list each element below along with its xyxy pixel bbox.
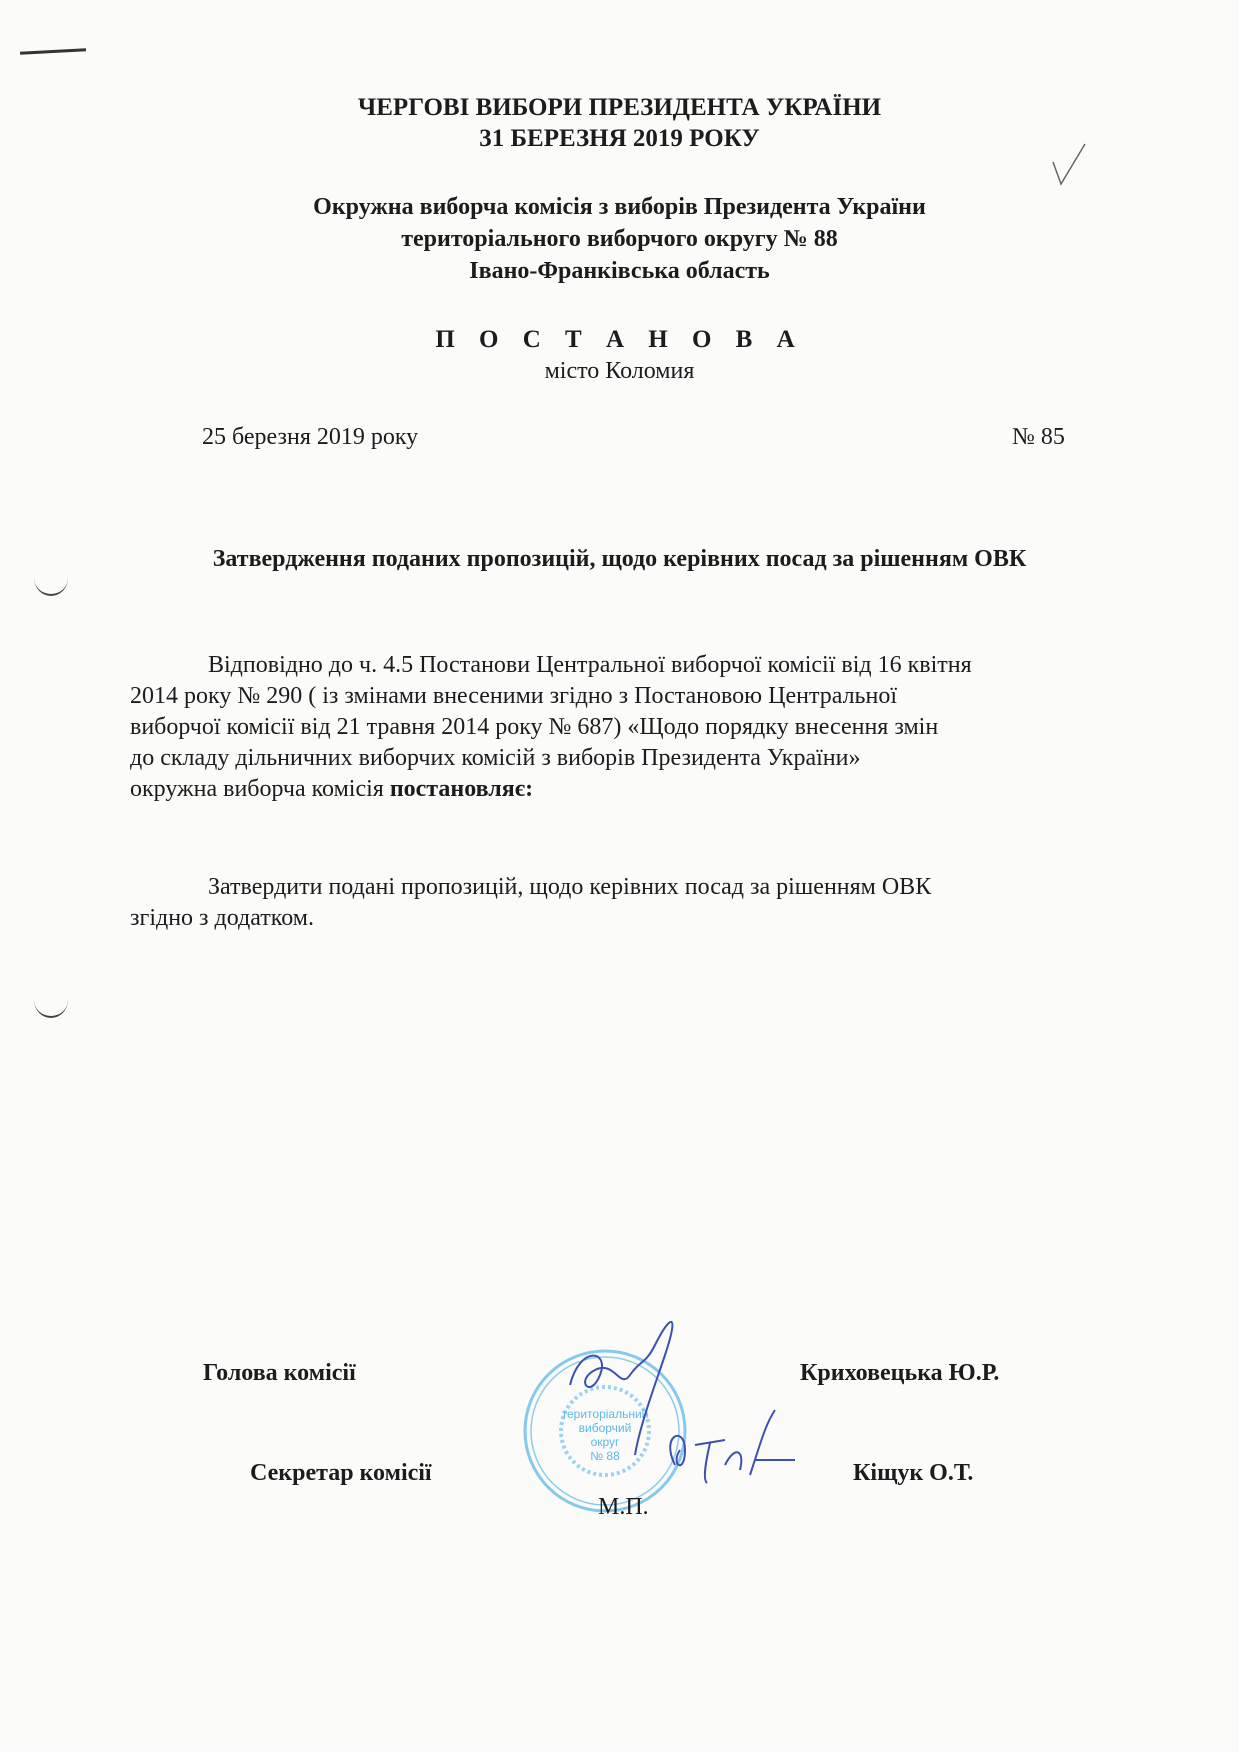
paragraph-legal-basis: Відповідно до ч. 4.5 Постанови Центральн…	[130, 650, 1130, 805]
document-date: 25 березня 2019 року	[202, 424, 418, 451]
chair-title: Голова комісії	[203, 1360, 356, 1387]
chair-name: Криховецька Ю.Р.	[800, 1360, 999, 1387]
body-line: Затвердити подані пропозицій, щодо керів…	[130, 872, 1130, 903]
secretary-title: Секретар комісії	[250, 1460, 432, 1487]
commission-name: Окружна виборча комісія з виборів Презид…	[0, 192, 1239, 223]
body-line: Відповідно до ч. 4.5 Постанови Центральн…	[130, 650, 1130, 681]
document-subject: Затвердження поданих пропозицій, щодо ке…	[0, 546, 1239, 573]
body-line: виборчої комісії від 21 травня 2014 року…	[130, 712, 1130, 743]
document-city: місто Коломия	[0, 358, 1239, 385]
region-name: Івано-Франківська область	[0, 256, 1239, 287]
district-number: територіального виборчого округу № 88	[0, 224, 1239, 255]
document-type: П О С Т А Н О В А	[0, 326, 1239, 354]
body-text: окружна виборча комісія	[130, 776, 390, 802]
body-line: згідно з додатком.	[130, 903, 1130, 934]
secretary-name: Кіщук О.Т.	[853, 1460, 973, 1487]
paragraph-decision: Затвердити подані пропозицій, щодо керів…	[130, 872, 1130, 934]
election-date: 31 БЕРЕЗНЯ 2019 РОКУ	[0, 123, 1239, 154]
pen-mark	[20, 48, 86, 54]
document-number: № 85	[1012, 424, 1065, 451]
punch-hole-mark	[34, 982, 68, 1018]
body-line: до складу дільничних виборчих комісій з …	[130, 743, 1130, 774]
seal-label: М.П.	[598, 1494, 649, 1521]
secretary-signature	[655, 1405, 805, 1495]
decision-keyword: постановляє:	[390, 776, 533, 802]
body-line: 2014 року № 290 ( із змінами внесеними з…	[130, 681, 1130, 712]
election-title: ЧЕРГОВІ ВИБОРИ ПРЕЗИДЕНТА УКРАЇНИ	[0, 92, 1239, 123]
body-line: окружна виборча комісія постановляє:	[130, 774, 1130, 805]
